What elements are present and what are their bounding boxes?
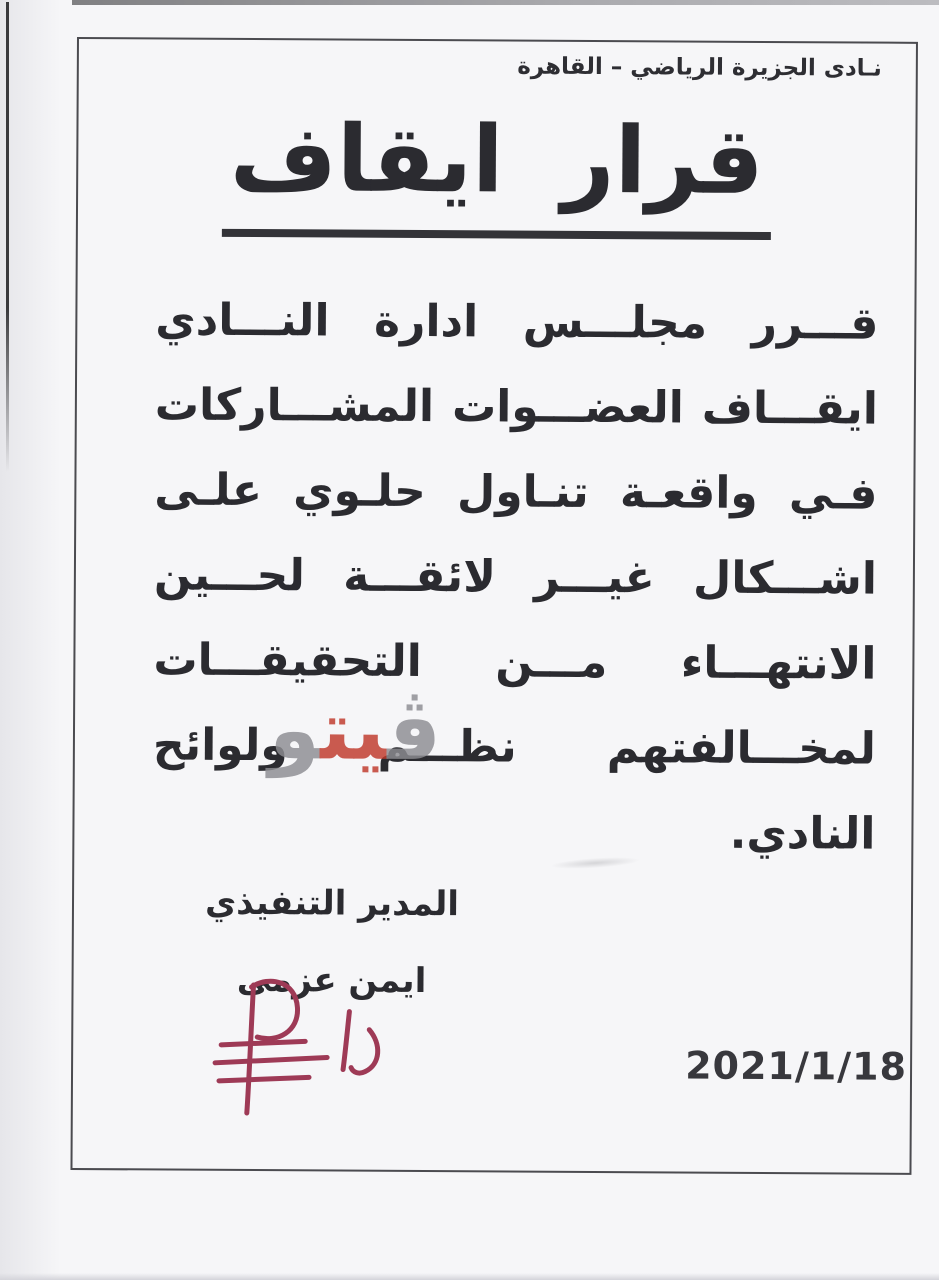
scan-edge-artifact-left (6, 2, 9, 472)
scan-edge-shadow-left (0, 0, 72, 1280)
document-frame-area: نـادى الجزيرة الرياضي – القاهرة قرار ايق… (70, 37, 918, 1175)
paper-scan: نـادى الجزيرة الرياضي – القاهرة قرار ايق… (0, 0, 939, 1280)
scan-edge-artifact-bottom (0, 1273, 939, 1280)
document-date: 2021/1/18 (681, 1043, 911, 1088)
body-line-3: فـي واقعـة تنـاول حلـوي علـى (154, 447, 877, 536)
scanned-document-page: { "document": { "header": "نـادى الجزيرة… (0, 0, 939, 1280)
body-line-5: الانتهـــاء مـــن التحقيقـــات (153, 617, 876, 706)
body-line-6: لمخـــالفتهم نظـــم ولوائح (153, 702, 876, 791)
body-line-4: اشـــكال غيـــر لائقـــة لحـــين (154, 532, 877, 621)
document-body: قـــرر مجلـــس ادارة النـــادي ايقـــاف … (152, 277, 878, 876)
executive-director-label: المدير التنفيذي (162, 883, 502, 925)
club-header: نـادى الجزيرة الرياضي – القاهرة (113, 51, 882, 81)
body-line-2: ايقـــاف العضـــوات المشـــاركات (155, 362, 878, 451)
body-line-1: قـــرر مجلـــس ادارة النـــادي (155, 277, 878, 366)
document-title: قرار ايقاف (221, 108, 771, 240)
handwritten-signature (209, 973, 410, 1124)
body-line-7: النادي. (152, 787, 875, 876)
scan-edge-artifact-top (0, 0, 939, 5)
title-container: قرار ايقاف (76, 107, 918, 241)
